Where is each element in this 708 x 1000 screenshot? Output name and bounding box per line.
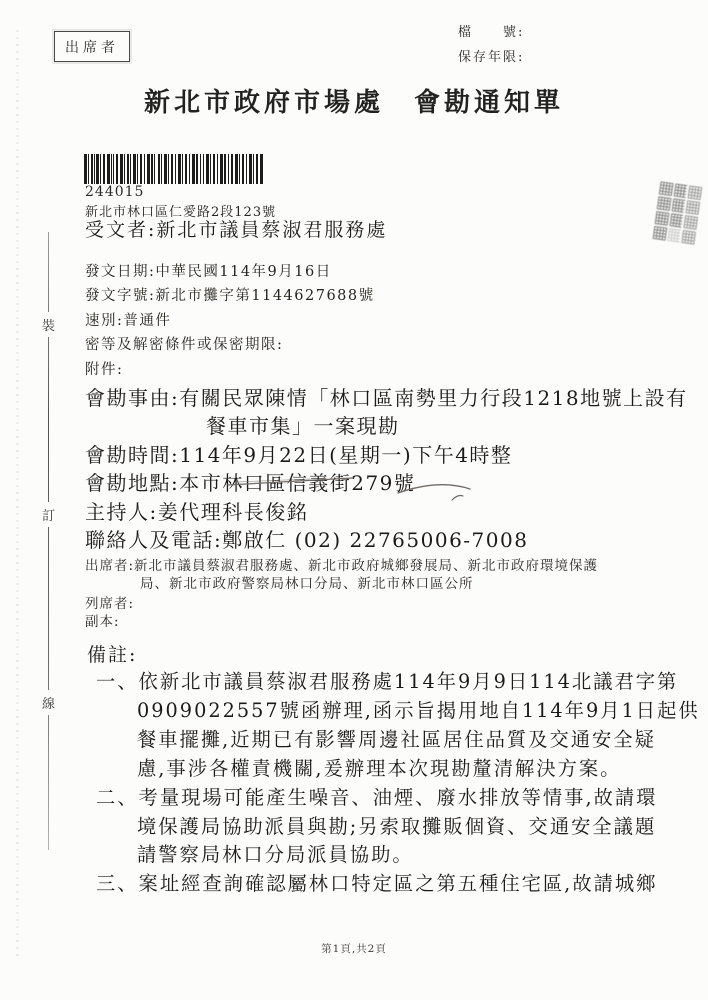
dispatch-number: 發文字號:新北市攤字第1144627688號 bbox=[85, 284, 375, 308]
remark-item-2-line-3: 請警察局林口分局派員協助。 bbox=[137, 841, 700, 870]
dispatch-meta-block: 發文日期:中華民國114年9月16日 發文字號:新北市攤字第1144627688… bbox=[85, 260, 375, 382]
remark-item-1-line-3: 餐車擺攤,近期已有影響周邊社區居住品質及交通安全疑 bbox=[137, 726, 700, 755]
remark-item-2-line-2: 境保護局協助派員與勘;另索取攤販個資、交通安全議題 bbox=[137, 813, 700, 842]
inspection-details-block: 會勘事由:有關民眾陳情「林口區南勢里力行段1218地號上設有 餐車市集」一案現勘… bbox=[85, 384, 665, 554]
inspection-subject-line2: 餐車市集」一案現勘 bbox=[206, 412, 665, 440]
inspection-subject-line1: 會勘事由:有關民眾陳情「林口區南勢里力行段1218地號上設有 bbox=[85, 384, 665, 412]
document-title: 新北市政府市場處 會勘通知單 bbox=[0, 82, 708, 119]
attendee-box-label: 出席者 bbox=[65, 40, 119, 56]
inspection-time: 會勘時間:114年9月22日(星期一)下午4時整 bbox=[85, 441, 665, 469]
delivery-speed: 速別:普通件 bbox=[85, 309, 375, 333]
remark-item-1-line-1: 一、依新北市議員蔡淑君服務處114年9月9日114北議君字第 bbox=[96, 668, 700, 697]
barcode-number: 244015 bbox=[85, 184, 144, 200]
inspection-location: 會勘地點:本市林口區信義街279號 bbox=[85, 469, 665, 497]
observers-label: 列席者: bbox=[85, 596, 598, 614]
file-number-label: 檔 號: bbox=[458, 20, 524, 45]
recipient-line: 受文者:新北市議員蔡淑君服務處 bbox=[85, 215, 387, 242]
scanned-notice-page: 出席者 檔 號: 保存年限: 新北市政府市場處 會勘通知單 bbox=[0, 0, 708, 1000]
participants-block: 出席者:新北市議員蔡淑君服務處、新北市政府城鄉發展局、新北市政府環境保護 局、新… bbox=[85, 558, 598, 631]
binding-mark-xian: 線 bbox=[41, 690, 56, 715]
binding-mark-ding: 訂 bbox=[41, 502, 56, 527]
remark-item-3-line-1: 三、案址經查詢確認屬林口特定區之第五種住宅區,故請城鄉 bbox=[96, 870, 700, 899]
retention-period-label: 保存年限: bbox=[458, 45, 524, 70]
binding-mark-zhuang: 裝 bbox=[41, 312, 56, 337]
inspection-host: 主持人:姜代理科長俊銘 bbox=[85, 498, 665, 526]
attendees-line2: 局、新北市政府警察局林口分局、新北市林口區公所 bbox=[140, 576, 598, 594]
cc-label: 副本: bbox=[85, 614, 598, 632]
attachment-label: 附件: bbox=[85, 358, 375, 382]
page-number: 第1頁,共2頁 bbox=[0, 941, 708, 956]
remark-item-1-line-4: 慮,事涉各權責機關,爰辦理本次現勘釐清解決方案。 bbox=[137, 755, 700, 784]
registry-stamp bbox=[652, 181, 702, 250]
scan-artifact bbox=[16, 30, 19, 960]
barcode bbox=[84, 154, 265, 188]
contact-person-phone: 聯絡人及電話:鄭啟仁 (02) 22765006-7008 bbox=[85, 526, 665, 554]
dispatch-date: 發文日期:中華民國114年9月16日 bbox=[85, 260, 375, 284]
remarks-list: 一、依新北市議員蔡淑君服務處114年9月9日114北議君字第 090902255… bbox=[96, 668, 700, 899]
file-number-block: 檔 號: 保存年限: bbox=[458, 20, 524, 70]
attendee-stamp-box: 出席者 bbox=[54, 31, 130, 62]
secrecy-level: 密等及解密條件或保密期限: bbox=[85, 333, 375, 357]
attendees-line1: 出席者:新北市議員蔡淑君服務處、新北市政府城鄉發展局、新北市政府環境保護 bbox=[85, 558, 598, 576]
remark-item-2-line-1: 二、考量現場可能產生噪音、油煙、廢水排放等情事,故請環 bbox=[96, 784, 700, 813]
remarks-label: 備註: bbox=[87, 640, 137, 667]
remark-item-1-line-2: 0909022557號函辦理,函示旨揭用地自114年9月1日起供 bbox=[137, 697, 700, 726]
